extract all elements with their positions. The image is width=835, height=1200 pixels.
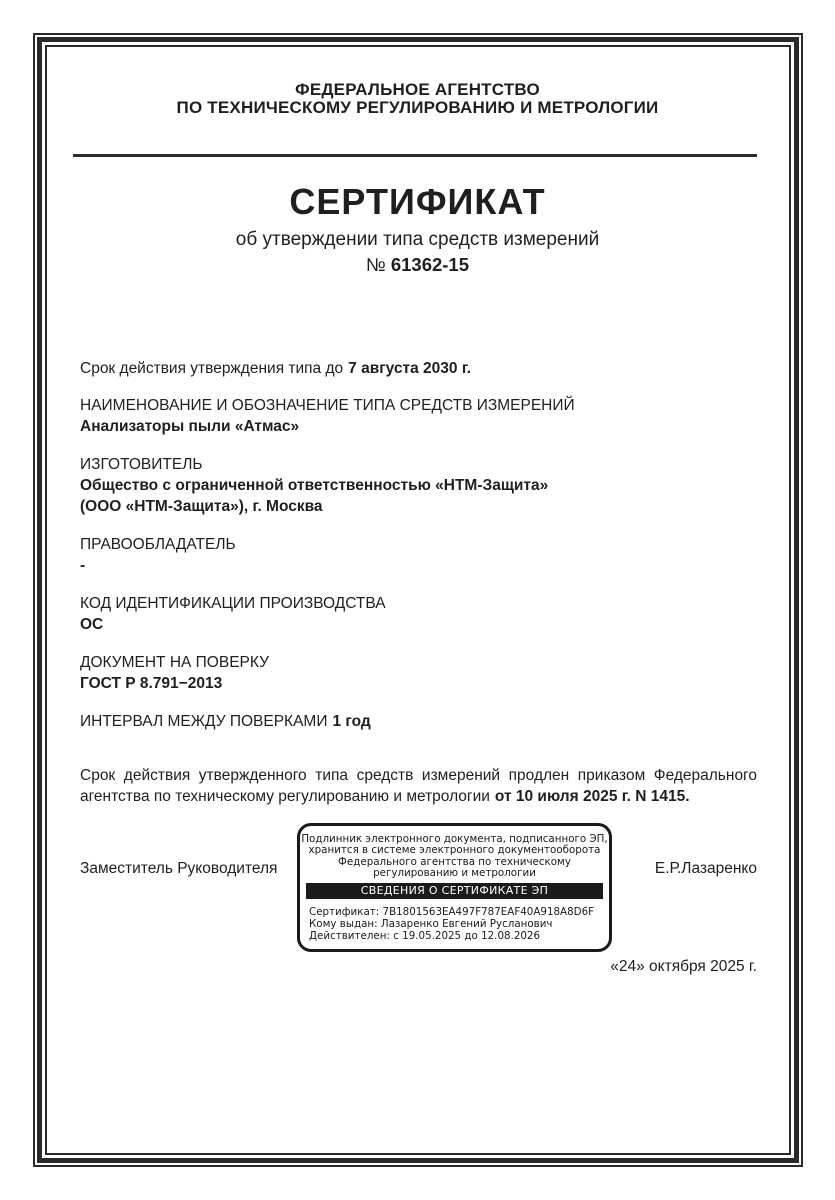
field-verification-interval: ИНТЕРВАЛ МЕЖДУ ПОВЕРКАМИ1 год	[80, 711, 757, 732]
e-signature-stamp: Подлинник электронного документа, подпис…	[297, 823, 612, 952]
certificate-subtitle: об утверждении типа средств измерений	[0, 228, 835, 251]
extension-paragraph: Срок действия утвержденного типа средств…	[80, 765, 757, 807]
extension-line2: агентства по техническому регулированию …	[80, 786, 757, 807]
field-value: ОС	[80, 614, 757, 635]
stamp-details: Сертификат: 7B1801563EA497F787EAF40A918A…	[300, 906, 609, 943]
stamp-certificate-id: Сертификат: 7B1801563EA497F787EAF40A918A…	[309, 906, 609, 918]
validity-line: Срок действия утверждения типа до7 авгус…	[80, 358, 757, 379]
certificate-title: СЕРТИФИКАТ	[0, 183, 835, 221]
field-label: ПРАВООБЛАДАТЕЛЬ	[80, 534, 757, 555]
agency-header: ФЕДЕРАЛЬНОЕ АГЕНТСТВО ПО ТЕХНИЧЕСКОМУ РЕ…	[0, 81, 835, 117]
field-label: ИЗГОТОВИТЕЛЬ	[80, 454, 757, 475]
extension-line2-bold: от 10 июля 2025 г. N 1415.	[495, 788, 690, 805]
stamp-valid-period: Действителен: с 19.05.2025 до 12.08.2026	[309, 930, 609, 942]
validity-label: Срок действия утверждения типа до	[80, 360, 343, 377]
field-value: Анализаторы пыли «Атмас»	[80, 416, 757, 437]
certificate-body: Срок действия утверждения типа до7 авгус…	[80, 358, 757, 807]
stamp-header-text: Подлинник электронного документа, подпис…	[300, 826, 609, 880]
agency-header-line1: ФЕДЕРАЛЬНОЕ АГЕНТСТВО	[0, 81, 835, 99]
certificate-number: №61362-15	[0, 253, 835, 276]
extension-line2-regular: агентства по техническому регулированию …	[80, 788, 490, 805]
field-rights-holder: ПРАВООБЛАДАТЕЛЬ -	[80, 534, 757, 576]
field-value: (ООО «НТМ-Защита»), г. Москва	[80, 496, 757, 517]
number-sign: №	[366, 254, 386, 275]
field-manufacturer: ИЗГОТОВИТЕЛЬ Общество с ограниченной отв…	[80, 454, 757, 517]
stamp-certificate-info-bar: СВЕДЕНИЯ О СЕРТИФИКАТЕ ЭП	[306, 883, 603, 899]
field-value: 1 год	[332, 713, 370, 730]
signatory-position: Заместитель Руководителя	[80, 860, 277, 878]
field-value: ГОСТ Р 8.791−2013	[80, 673, 757, 694]
field-production-id-code: КОД ИДЕНТИФИКАЦИИ ПРОИЗВОДСТВА ОС	[80, 593, 757, 635]
field-value: -	[80, 555, 757, 576]
field-name-designation: НАИМЕНОВАНИЕ И ОБОЗНАЧЕНИЕ ТИПА СРЕДСТВ …	[80, 395, 757, 437]
stamp-issued-to: Кому выдан: Лазаренко Евгений Русланович	[309, 918, 609, 930]
field-label: КОД ИДЕНТИФИКАЦИИ ПРОИЗВОДСТВА	[80, 593, 757, 614]
extension-line1: Срок действия утвержденного типа средств…	[80, 765, 757, 786]
number-value: 61362-15	[391, 254, 469, 275]
agency-header-line2: ПО ТЕХНИЧЕСКОМУ РЕГУЛИРОВАНИЮ И МЕТРОЛОГ…	[0, 99, 835, 117]
validity-value: 7 августа 2030 г.	[348, 360, 471, 377]
certificate-date: «24» октября 2025 г.	[610, 958, 757, 976]
certificate-page: ФЕДЕРАЛЬНОЕ АГЕНТСТВО ПО ТЕХНИЧЕСКОМУ РЕ…	[0, 0, 835, 1200]
field-label: ИНТЕРВАЛ МЕЖДУ ПОВЕРКАМИ	[80, 713, 327, 730]
signatory-name: Е.Р.Лазаренко	[655, 860, 757, 878]
stamp-header-line: регулированию и метрологии	[300, 868, 609, 879]
header-divider	[73, 154, 757, 157]
field-label: ДОКУМЕНТ НА ПОВЕРКУ	[80, 652, 757, 673]
field-value: Общество с ограниченной ответственностью…	[80, 475, 757, 496]
field-verification-document: ДОКУМЕНТ НА ПОВЕРКУ ГОСТ Р 8.791−2013	[80, 652, 757, 694]
field-label: НАИМЕНОВАНИЕ И ОБОЗНАЧЕНИЕ ТИПА СРЕДСТВ …	[80, 395, 757, 416]
